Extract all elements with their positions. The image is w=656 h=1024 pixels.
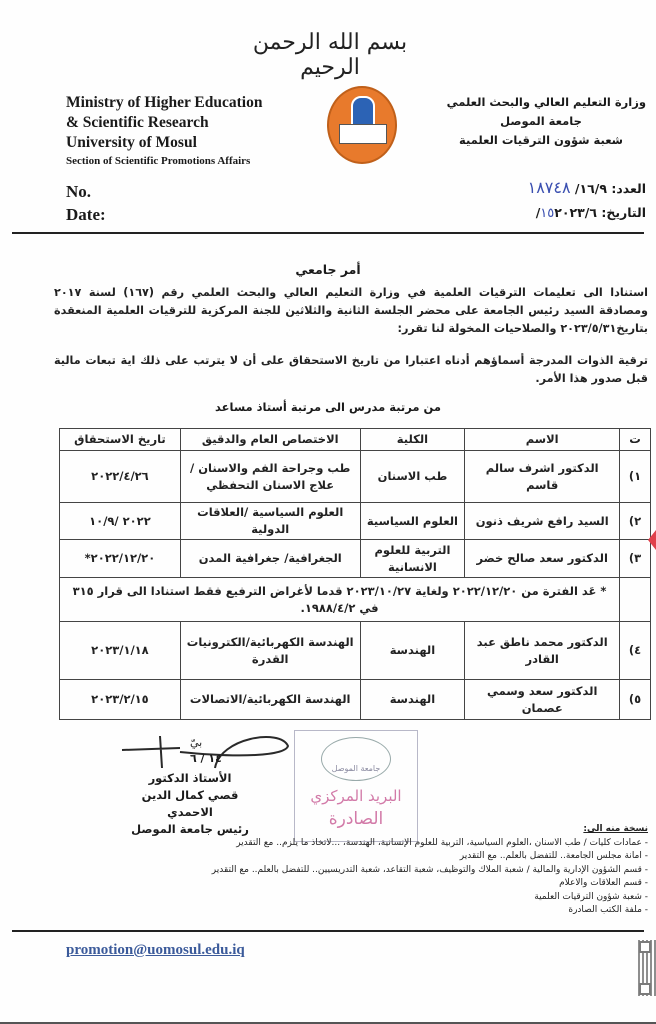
header-due-date: تاريخ الاستحقاق [60,429,181,451]
row-specialty: طب وجراحة الفم والاسنان /علاج الاسنان ال… [180,451,360,503]
copies-heading: نسخة منه الى: [48,823,648,837]
row-due-date: ٢٠٢٢/١٢/٢٠* [60,540,181,578]
row-college: الهندسة [360,680,465,720]
row-num: ٤) [620,622,651,680]
body-paragraph-2: ترقية الذوات المدرجة أسماؤهم أدناه اعتبا… [54,352,648,388]
copies-item: - امانة مجلس الجامعة.. للتفضل بالعلم.. م… [48,850,648,864]
document-number: العدد: ١٦/٩/ ١٨٧٤٨ [528,176,646,201]
header-name: الاسم [465,429,620,451]
promotion-subtitle: من مرتبة مدرس الى مرتبة أستاذ مساعد [0,400,656,414]
number-label: العدد: [611,181,646,196]
reference-ar: العدد: ١٦/٩/ ١٨٧٤٨ التاريخ: ١٥٢٠٢٣/٦/ [528,176,646,226]
basmala: بسم الله الرحمن الرحيم [240,30,420,70]
svg-text:بيّ: بيّ [190,736,202,749]
date-label: Date: [66,203,106,226]
ministry-name-en: Ministry of Higher Education [66,93,262,113]
table-row: ٢) السيد رافع شريف ذنون العلوم السياسية … [60,503,651,540]
copies-item: - شعبة شؤون الترقيات العلمية [48,891,648,905]
ministry-name-en-2: & Scientific Research [66,113,262,133]
note-spacer [620,578,651,622]
row-due-date: ٢٠٢٣/٢/١٥ [60,680,181,720]
row-due-date: ٢٠٢٣/١/١٨ [60,622,181,680]
copies-list: نسخة منه الى: - عمادات كليات / طب الاسنا… [48,823,648,918]
header-college: الكلية [360,429,465,451]
document-title: أمر جامعي [0,262,656,277]
university-name-en: University of Mosul [66,133,262,153]
table-row: ٥) الدكتور سعد وسمي عصمان الهندسة الهندس… [60,680,651,720]
header-specialty: الاختصاص العام والدقيق [180,429,360,451]
no-label: No. [66,180,106,203]
row-college: العلوم السياسية [360,503,465,540]
copies-item: - ملفة الكتب الصادرة [48,904,648,918]
row-name: الدكتور محمد ناطق عبد القادر [465,622,620,680]
row-num: ١) [620,451,651,503]
row-specialty: الهندسة الكهربائية/الكترونيات القدرة [180,622,360,680]
row-due-date: ٢٠٢٢/٤/٢٦ [60,451,181,503]
footer-divider [12,930,644,932]
stamp-line-1: البريد المركزي [295,785,417,807]
ministry-name-ar: وزارة التعليم العالي والبحث العلمي [436,93,646,112]
red-pointer-mark [648,530,656,550]
copies-item: - قسم العلاقات والاعلام [48,877,648,891]
section-name-en: Section of Scientific Promotions Affairs [66,154,262,169]
copies-item: - عمادات كليات / طب الاسنان ،العلوم السي… [48,837,648,851]
table-note-row: * عَد الفترة من ٢٠٢٢/١٢/٢٠ ولغاية ٢٠٢٣/١… [60,578,651,622]
english-letterhead: Ministry of Higher Education & Scientifi… [66,93,262,169]
row-college: التربية للعلوم الانسانية [360,540,465,578]
university-name-ar: جامعة الموصل [436,112,646,131]
table-footnote: * عَد الفترة من ٢٠٢٢/١٢/٢٠ ولغاية ٢٠٢٣/١… [60,578,620,622]
table-row: ١) الدكتور اشرف سالم قاسم طب الاسنان طب … [60,451,651,503]
row-college: طب الاسنان [360,451,465,503]
row-specialty: الجغرافية/ جغرافية المدن [180,540,360,578]
row-num: ٥) [620,680,651,720]
contact-email-link[interactable]: promotion@uomosul.edu.iq [66,942,245,959]
number-prefix: ١٦/٩/ [575,181,607,196]
body-paragraph-1: استنادا الى تعليمات الترقيات العلمية في … [54,284,648,338]
number-handwritten: ١٨٧٤٨ [528,178,571,197]
row-num: ٣) [620,540,651,578]
signatory-name: قصي كمال الدين الاحمدي [120,787,260,821]
row-college: الهندسة [360,622,465,680]
university-logo [327,86,397,164]
table-row: ٣) الدكتور سعد صالح خضر التربية للعلوم ا… [60,540,651,578]
logo-tower-icon [351,96,375,126]
document-date: التاريخ: ١٥٢٠٢٣/٦/ [528,201,646,226]
row-due-date: ٢٠٢٢ /١٠/٩ [60,503,181,540]
section-name-ar: شعبة شؤون الترقيات العلمية [436,131,646,150]
table-header-row: ت الاسم الكلية الاختصاص العام والدقيق تا… [60,429,651,451]
reference-labels-en: No. Date: [66,180,106,226]
signatory-title: الأستاذ الدكتور [120,770,260,787]
row-name: الدكتور سعد وسمي عصمان [465,680,620,720]
header-num: ت [620,429,651,451]
signature-handwritten-date: ١٤ / ٦ [190,752,222,765]
copies-item: - قسم الشؤون الإدارية والمالية / شعبة ال… [48,864,648,878]
header-divider [12,232,644,234]
table-row: ٤) الدكتور محمد ناطق عبد القادر الهندسة … [60,622,651,680]
logo-book-icon [339,124,387,144]
row-specialty: الهندسة الكهربائية/الاتصالات [180,680,360,720]
row-name: الدكتور سعد صالح خضر [465,540,620,578]
row-specialty: العلوم السياسية /العلاقات الدولية [180,503,360,540]
row-name: الدكتور اشرف سالم قاسم [465,451,620,503]
university-seal-icon: جامعة الموصل [321,737,391,781]
arabic-letterhead: وزارة التعليم العالي والبحث العلمي جامعة… [436,93,646,150]
row-num: ٢) [620,503,651,540]
promotions-table: ت الاسم الكلية الاختصاص العام والدقيق تا… [59,428,651,720]
row-name: السيد رافع شريف ذنون [465,503,620,540]
qr-code-icon [638,940,656,996]
date-label-ar: التاريخ: [601,205,646,220]
date-handwritten: ١٥ [540,206,554,221]
